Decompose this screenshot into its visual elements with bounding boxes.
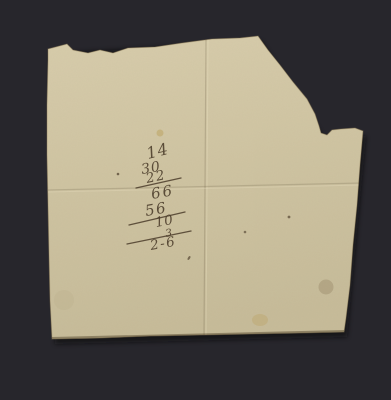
- stain: [252, 314, 268, 326]
- stain: [319, 280, 334, 295]
- photograph-of-paper-scrap: 14 30 22 66 56 10 3 2-6: [0, 0, 391, 400]
- document-photo-canvas: 14 30 22 66 56 10 3 2-6: [0, 0, 391, 400]
- stain: [54, 290, 74, 310]
- ink-speck: [117, 173, 120, 176]
- ink-speck: [244, 231, 247, 234]
- ink-speck: [288, 216, 291, 219]
- stain: [157, 130, 164, 137]
